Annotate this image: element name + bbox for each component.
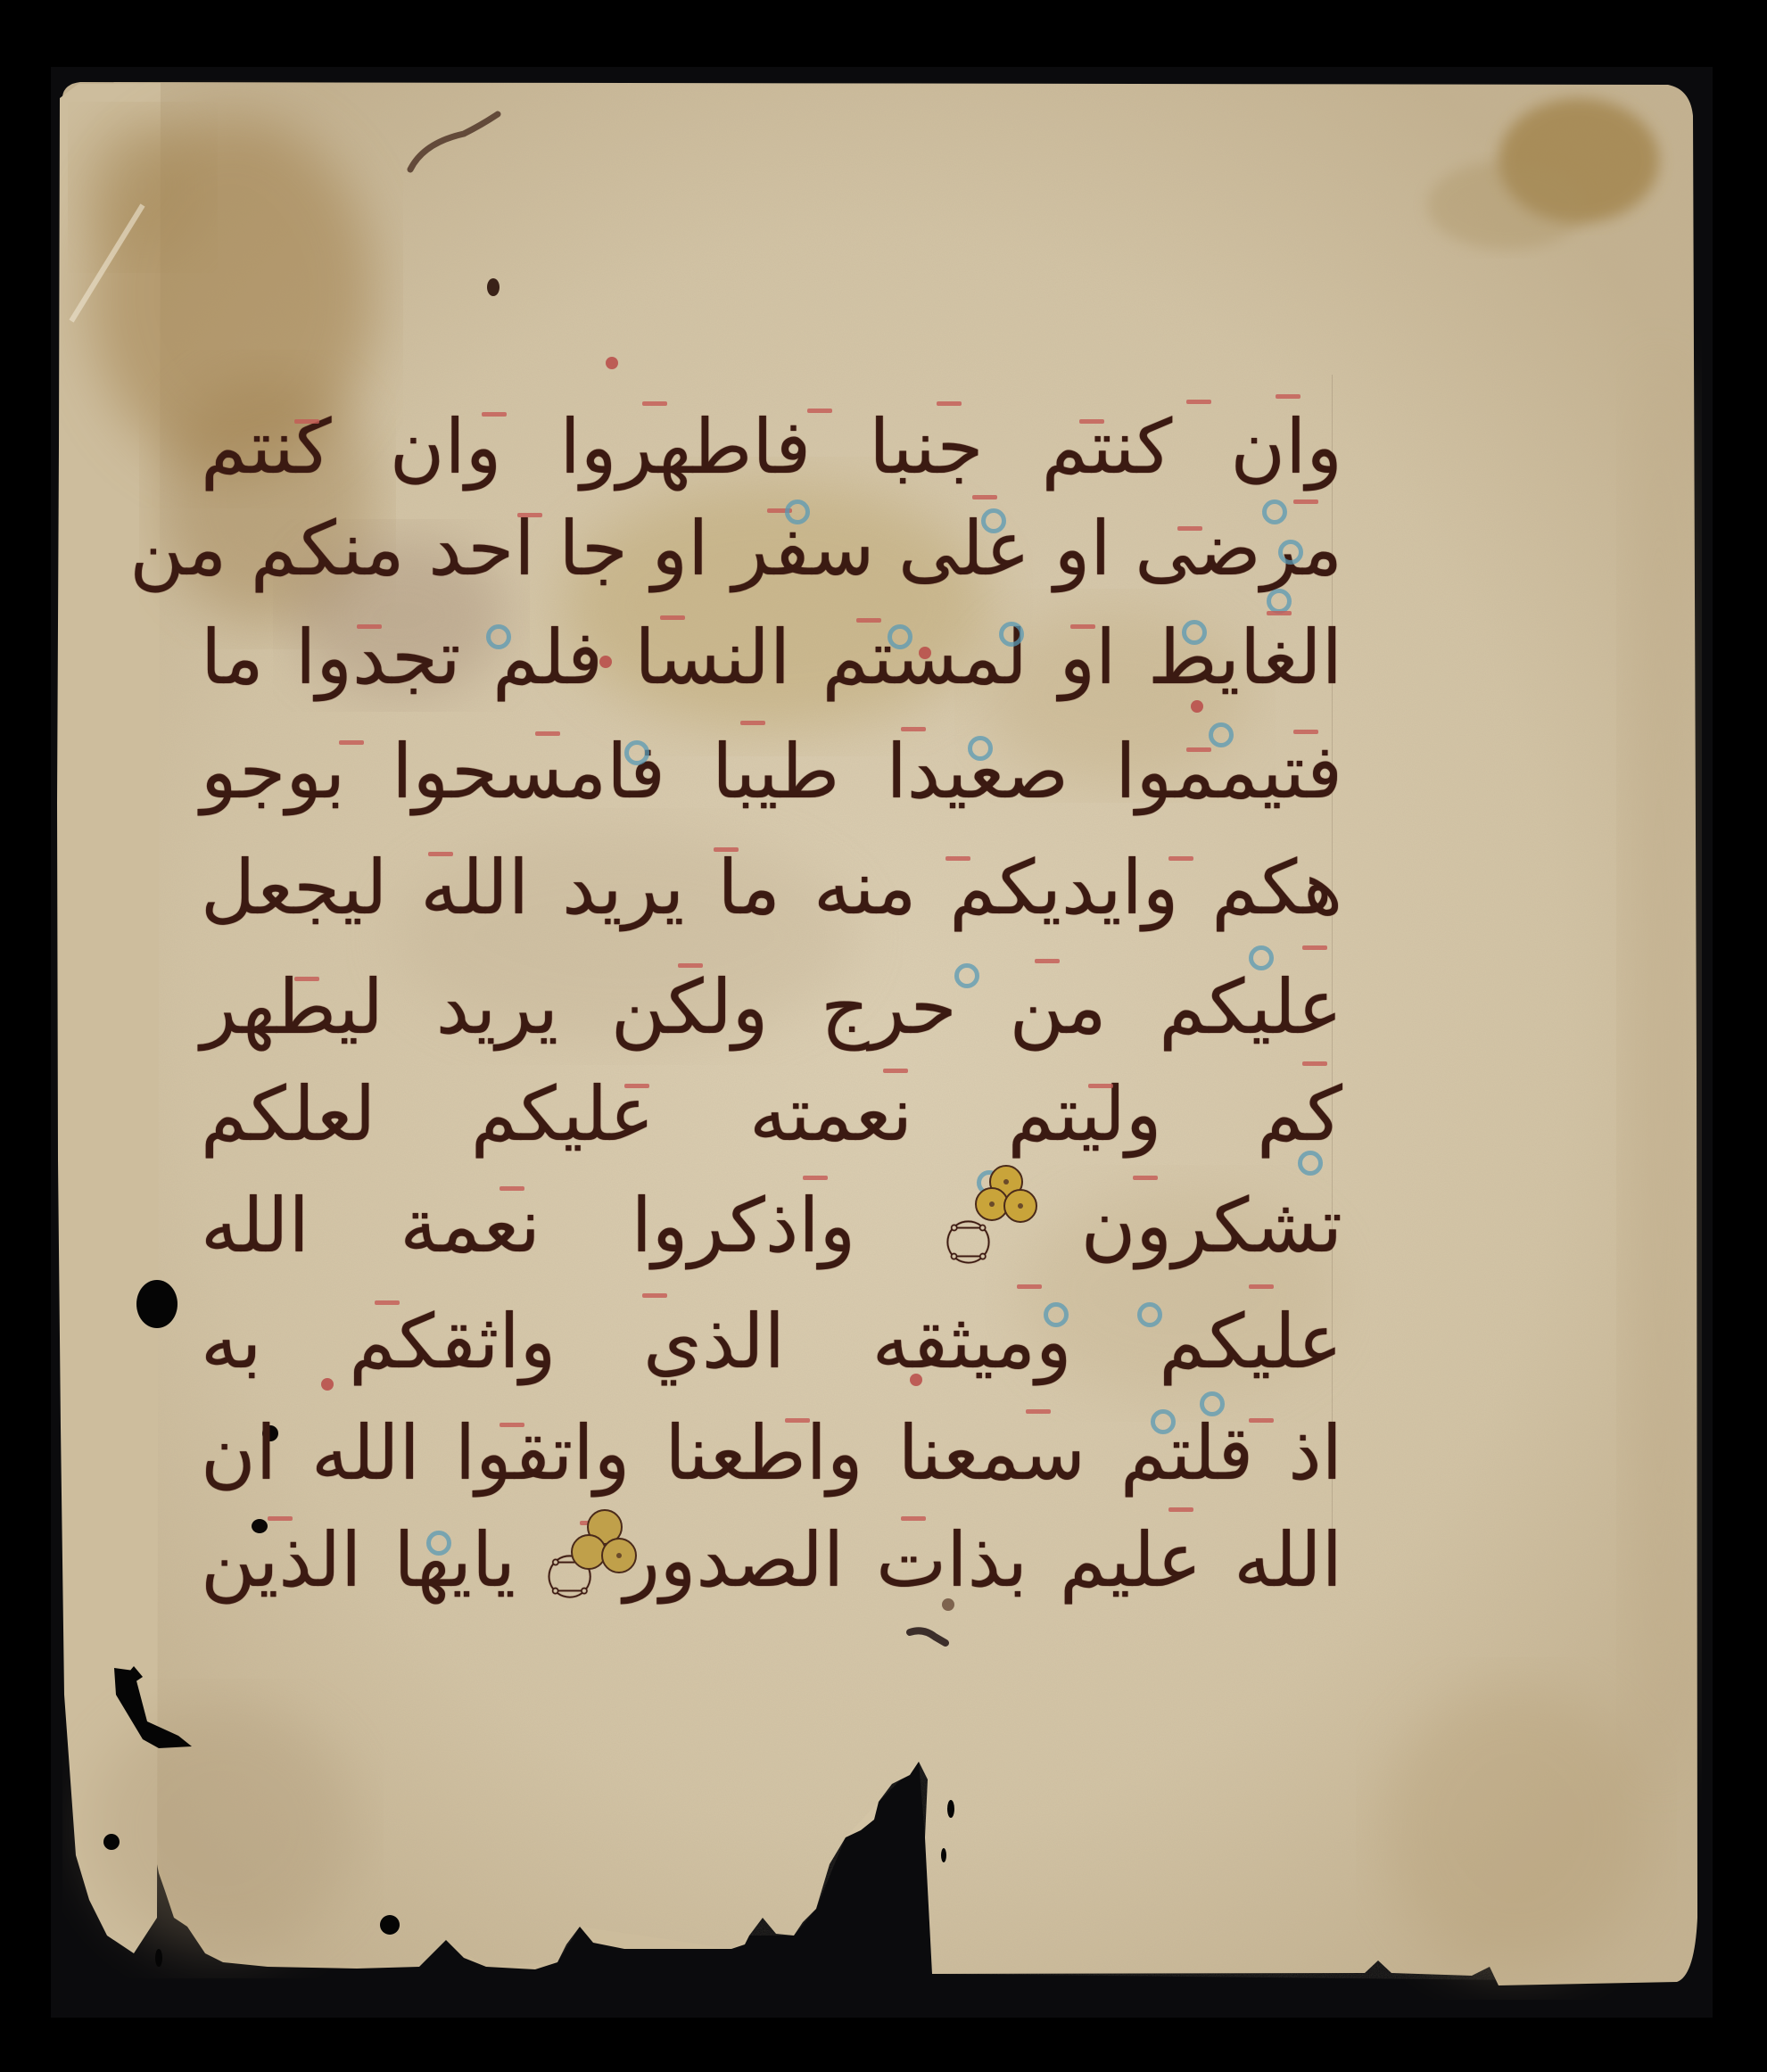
text-line-8: تشكرون ۝ واذكروا نعمة الله	[201, 1171, 1342, 1281]
text-line-9: عليكم وميثقه الذي واثقكم به	[201, 1287, 1342, 1397]
text-line-1: وان كنتم جنبا فاطهروا وان كنتم	[201, 392, 1342, 502]
manuscript-text-block: وان كنتم جنبا فاطهروا وان كنتم مرضى او ع…	[201, 339, 1342, 1632]
verse-marker-gold-trefoil	[970, 1160, 1042, 1231]
text-line-4: فتيمموا صعيدا طيبا فامسحوا بوجو	[201, 717, 1342, 827]
verse-marker-gold-trefoil	[569, 1500, 640, 1581]
text-line-6: عليكم من حرج ولكن يريد ليطهر	[201, 953, 1342, 1062]
text-line-3: الغايط او لمستم النسا فلم تجدوا ما	[201, 603, 1342, 713]
text-line-5: هكم وايديكم منه ما يريد الله ليجعل	[201, 833, 1342, 943]
text-line-7: كم وليتم نعمته عليكم لعلكم	[201, 1060, 1342, 1169]
text-line-11: الله عليم بذات الصدور ۝ يايها الذين	[201, 1506, 1342, 1615]
